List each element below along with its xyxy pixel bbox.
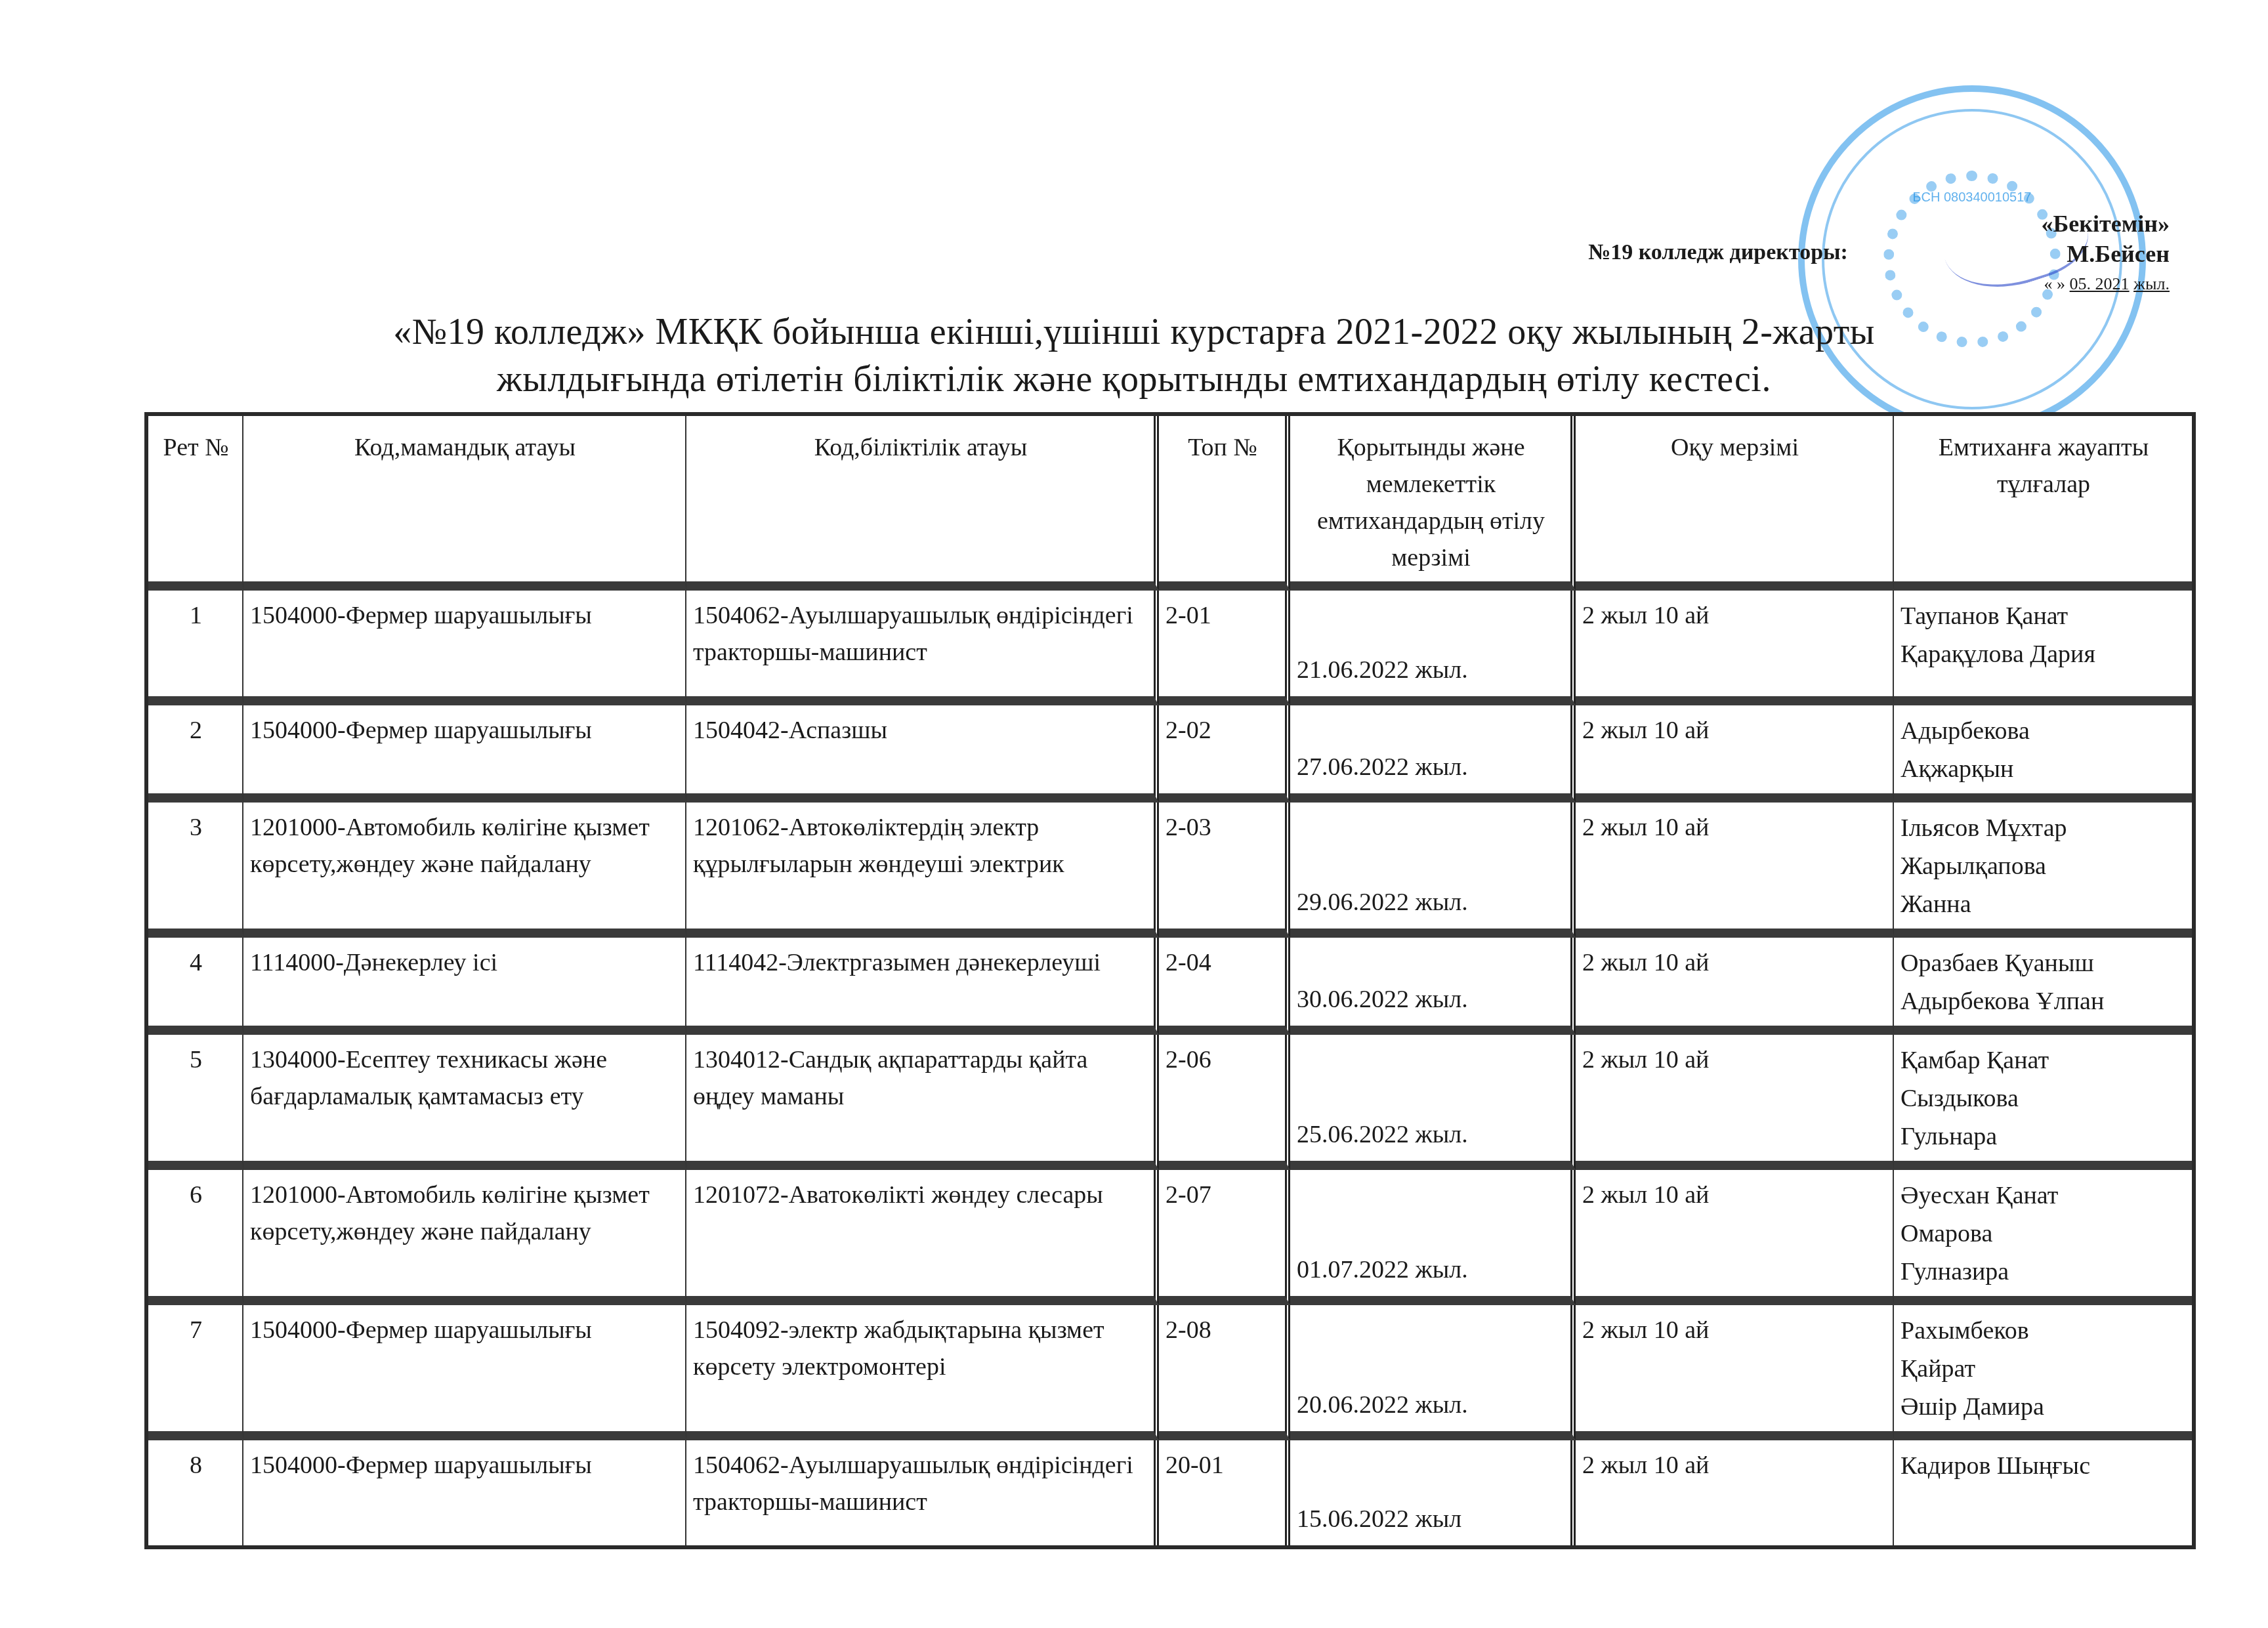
cell-responsible: Қамбар ҚанатСыздыковаГульнара [1894, 1035, 2192, 1170]
table-row: 61201000-Автомобиль көлігіне қызмет көрс… [148, 1170, 2192, 1305]
cell-num: 4 [148, 938, 243, 1035]
cell-qualification: 1201062-Автокөліктердің электр құрылғыла… [686, 803, 1159, 938]
header-responsible: Емтиханға жауапты тұлғалар [1894, 416, 2192, 591]
table-row: 71504000-Фермер шаруашылығы1504092-элект… [148, 1305, 2192, 1440]
approval-date-month: 05. 2021 [2070, 274, 2130, 293]
cell-qualification: 1201072-Аватокөлікті жөндеу слесары [686, 1170, 1159, 1305]
cell-exam-date: 25.06.2022 жыл. [1290, 1035, 1576, 1170]
responsible-person: Сыздыкова [1900, 1079, 2187, 1117]
responsible-person: Кадиров Шыңғыс [1900, 1447, 2187, 1485]
responsible-person: Гульнара [1900, 1117, 2187, 1156]
responsible-person: Жанна [1900, 885, 2187, 923]
cell-study-period: 2 жыл 10 ай [1576, 591, 1894, 705]
cell-exam-date: 01.07.2022 жыл. [1290, 1170, 1576, 1305]
cell-group: 2-07 [1159, 1170, 1290, 1305]
cell-responsible: Кадиров Шыңғыс [1894, 1440, 2192, 1545]
cell-num: 3 [148, 803, 243, 938]
cell-specialty: 1201000-Автомобиль көлігіне қызмет көрсе… [243, 1170, 686, 1305]
cell-exam-date: 20.06.2022 жыл. [1290, 1305, 1576, 1440]
director-label: №19 колледж директоры: [1588, 240, 1848, 265]
responsible-person: Ақжарқын [1900, 750, 2187, 788]
cell-exam-date: 21.06.2022 жыл. [1290, 591, 1576, 705]
cell-study-period: 2 жыл 10 ай [1576, 938, 1894, 1035]
cell-exam-date: 15.06.2022 жыл [1290, 1440, 1576, 1545]
responsible-person: Жарылқапова [1900, 847, 2187, 885]
cell-study-period: 2 жыл 10 ай [1576, 1170, 1894, 1305]
cell-responsible: Таупанов ҚанатҚарақұлова Дария [1894, 591, 2192, 705]
responsible-person: Әуесхан Қанат [1900, 1177, 2187, 1215]
cell-group: 2-02 [1159, 705, 1290, 803]
cell-group: 20-01 [1159, 1440, 1290, 1545]
cell-specialty: 1304000-Есептеу техникасы және бағдарлам… [243, 1035, 686, 1170]
cell-responsible: Оразбаев ҚуанышАдырбекова Ұлпан [1894, 938, 2192, 1035]
cell-specialty: 1504000-Фермер шаруашылығы [243, 591, 686, 705]
header-num: Рет № [148, 416, 243, 591]
cell-num: 8 [148, 1440, 243, 1545]
cell-qualification: 1304012-Сандық ақпараттарды қайта өңдеу … [686, 1035, 1159, 1170]
table-header-row: Рет № Код,мамандық атауы Код,біліктілік … [148, 416, 2192, 591]
cell-num: 5 [148, 1035, 243, 1170]
responsible-person: Ільясов Мұхтар [1900, 809, 2187, 847]
approval-block: «Бекітемін» М.Бейсен « » 05. 2021 жыл. [2042, 209, 2170, 299]
cell-study-period: 2 жыл 10 ай [1576, 1305, 1894, 1440]
responsible-person: Рахымбеков [1900, 1312, 2187, 1350]
title-line-1: «№19 колледж» МКҚК бойынша екінші,үшінші… [0, 308, 2268, 356]
document-title: «№19 колледж» МКҚК бойынша екінші,үшінші… [0, 308, 2268, 403]
responsible-person: Оразбаев Қуаныш [1900, 944, 2187, 982]
cell-specialty: 1504000-Фермер шаруашылығы [243, 1305, 686, 1440]
cell-study-period: 2 жыл 10 ай [1576, 1035, 1894, 1170]
cell-specialty: 1504000-Фермер шаруашылығы [243, 1440, 686, 1545]
table-row: 21504000-Фермер шаруашылығы1504042-Аспаз… [148, 705, 2192, 803]
cell-responsible: Ільясов МұхтарЖарылқаповаЖанна [1894, 803, 2192, 938]
header-study-period: Оқу мерзімі [1576, 416, 1894, 591]
cell-study-period: 2 жыл 10 ай [1576, 705, 1894, 803]
stamp-text: БСН 080340010517 [1805, 190, 2139, 205]
cell-exam-date: 27.06.2022 жыл. [1290, 705, 1576, 803]
cell-study-period: 2 жыл 10 ай [1576, 803, 1894, 938]
approval-heading: «Бекітемін» [2042, 209, 2170, 239]
cell-specialty: 1201000-Автомобиль көлігіне қызмет көрсе… [243, 803, 686, 938]
cell-group: 2-04 [1159, 938, 1290, 1035]
table-row: 51304000-Есептеу техникасы және бағдарла… [148, 1035, 2192, 1170]
cell-responsible: Әуесхан ҚанатОмароваГулназира [1894, 1170, 2192, 1305]
cell-group: 2-03 [1159, 803, 1290, 938]
responsible-person: Қамбар Қанат [1900, 1041, 2187, 1079]
table-row: 41114000-Дәнекерлеу ісі1114042-Электргаз… [148, 938, 2192, 1035]
responsible-person: Гулназира [1900, 1253, 2187, 1291]
cell-exam-date: 29.06.2022 жыл. [1290, 803, 1576, 938]
header-specialty: Код,мамандық атауы [243, 416, 686, 591]
approval-date-suffix: жыл. [2133, 274, 2170, 293]
responsible-person: Адырбекова [1900, 712, 2187, 750]
cell-num: 1 [148, 591, 243, 705]
cell-specialty: 1504000-Фермер шаруашылығы [243, 705, 686, 803]
cell-qualification: 1504092-электр жабдықтарына қызмет көрсе… [686, 1305, 1159, 1440]
responsible-person: Таупанов Қанат [1900, 597, 2187, 635]
responsible-person: Адырбекова Ұлпан [1900, 982, 2187, 1020]
table-row: 11504000-Фермер шаруашылығы1504062-Ауылш… [148, 591, 2192, 705]
table-row: 31201000-Автомобиль көлігіне қызмет көрс… [148, 803, 2192, 938]
cell-qualification: 1504062-Ауылшаруашылық өндірісіндегі тра… [686, 591, 1159, 705]
cell-group: 2-08 [1159, 1305, 1290, 1440]
title-line-2: жылдығында өтілетін біліктілік және қоры… [0, 356, 2268, 403]
responsible-person: Әшір Дамира [1900, 1388, 2187, 1426]
header-qualification: Код,біліктілік атауы [686, 416, 1159, 591]
cell-responsible: РахымбековҚайратӘшір Дамира [1894, 1305, 2192, 1440]
header-group: Топ № [1159, 416, 1290, 591]
cell-exam-date: 30.06.2022 жыл. [1290, 938, 1576, 1035]
approval-date-prefix: « » [2044, 274, 2066, 293]
responsible-person: Қайрат [1900, 1350, 2187, 1388]
cell-responsible: АдырбековаАқжарқын [1894, 705, 2192, 803]
cell-num: 7 [148, 1305, 243, 1440]
exam-schedule-table: Рет № Код,мамандық атауы Код,біліктілік … [144, 412, 2196, 1549]
table-body: 11504000-Фермер шаруашылығы1504062-Ауылш… [148, 591, 2192, 1545]
cell-num: 2 [148, 705, 243, 803]
director-name: М.Бейсен [2042, 239, 2170, 269]
cell-specialty: 1114000-Дәнекерлеу ісі [243, 938, 686, 1035]
header-exam-date: Қорытынды және мемлекеттік емтихандардың… [1290, 416, 1576, 591]
responsible-person: Омарова [1900, 1215, 2187, 1253]
cell-qualification: 1504042-Аспазшы [686, 705, 1159, 803]
cell-group: 2-06 [1159, 1035, 1290, 1170]
cell-group: 2-01 [1159, 591, 1290, 705]
cell-qualification: 1114042-Электргазымен дәнекерлеуші [686, 938, 1159, 1035]
cell-study-period: 2 жыл 10 ай [1576, 1440, 1894, 1545]
responsible-person: Қарақұлова Дария [1900, 635, 2187, 673]
cell-qualification: 1504062-Ауылшаруашылық өндірісіндегі тра… [686, 1440, 1159, 1545]
approval-date: « » 05. 2021 жыл. [2042, 269, 2170, 299]
cell-num: 6 [148, 1170, 243, 1305]
table-row: 81504000-Фермер шаруашылығы1504062-Ауылш… [148, 1440, 2192, 1545]
